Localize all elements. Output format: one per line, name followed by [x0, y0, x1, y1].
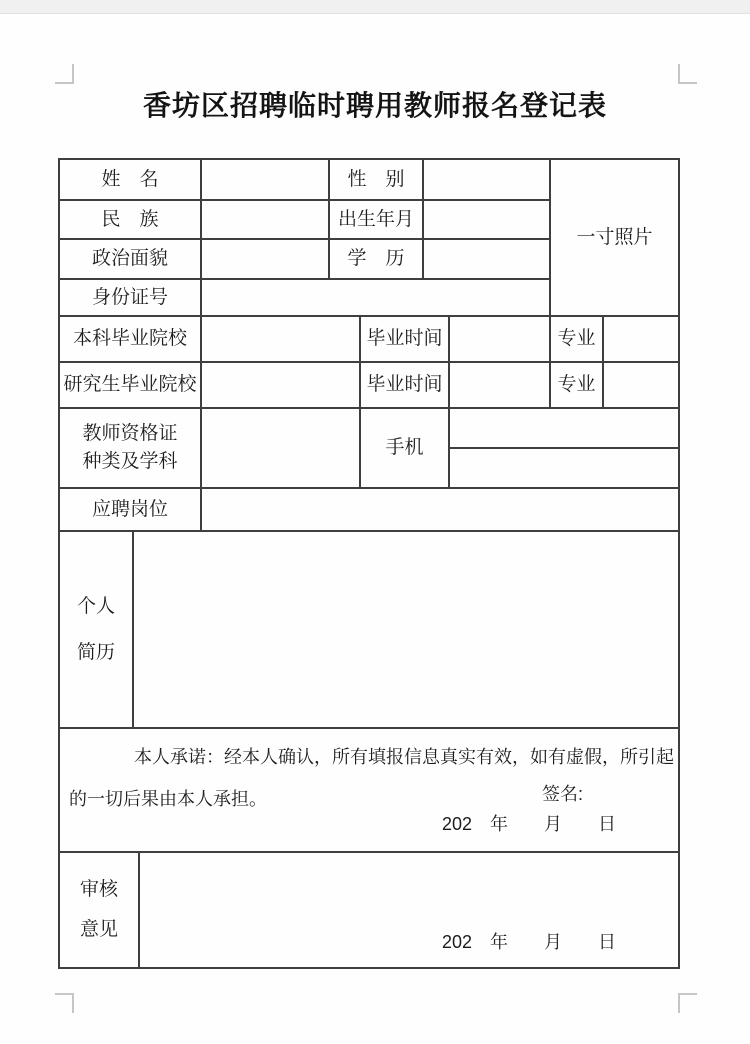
grad-graduation-time-label: 毕业时间	[360, 362, 449, 408]
crop-mark-bottom-right	[678, 993, 697, 1013]
review-opinion-label-line2: 意见	[80, 910, 118, 950]
undergrad-school-label: 本科毕业院校	[59, 316, 201, 362]
grad-school-label: 研究生毕业院校	[59, 362, 201, 408]
crop-mark-top-left	[55, 64, 74, 84]
phone-field-2[interactable]	[449, 448, 679, 488]
resume-field[interactable]	[133, 531, 679, 728]
ethnicity-label: 民 族	[59, 200, 201, 239]
ethnicity-field[interactable]	[201, 200, 329, 239]
name-label: 姓 名	[59, 159, 201, 200]
teacher-cert-field[interactable]	[201, 408, 360, 488]
review-opinion-field[interactable]: 202 年 月 日	[139, 852, 679, 968]
declaration-content: 本人承诺：经本人确认，所有填报信息真实有效，如有虚假，所引起 的一切后果由本人承…	[60, 729, 678, 851]
declaration-line2: 的一切后果由本人承担。	[69, 786, 267, 812]
resume-label-line1: 个人	[77, 584, 115, 630]
undergrad-graduation-time-field[interactable]	[449, 316, 550, 362]
resume-label: 个人 简历	[59, 531, 133, 728]
teacher-cert-label-line2: 种类及学科	[82, 448, 177, 476]
political-status-label: 政治面貌	[59, 239, 201, 279]
applied-position-field[interactable]	[201, 488, 679, 531]
undergrad-graduation-time-label: 毕业时间	[360, 316, 449, 362]
name-field[interactable]	[201, 159, 329, 200]
form-title: 香坊区招聘临时聘用教师报名登记表	[0, 84, 750, 124]
phone-field-1[interactable]	[449, 408, 679, 448]
grad-major-label: 专业	[550, 362, 603, 408]
declaration-cell: 本人承诺：经本人确认，所有填报信息真实有效，如有虚假，所引起 的一切后果由本人承…	[59, 728, 679, 852]
birth-date-label: 出生年月	[329, 200, 423, 239]
declaration-date-line[interactable]: 202 年 月 日	[442, 811, 616, 837]
undergrad-major-field[interactable]	[603, 316, 679, 362]
registration-form-table: 姓 名 性 别 一寸照片 民 族 出生年月 政治面貌 学 历 身份证号 本科毕业…	[58, 158, 680, 969]
education-level-label: 学 历	[329, 239, 423, 279]
page-top-edge	[0, 0, 750, 14]
id-number-field[interactable]	[201, 279, 550, 316]
declaration-line1: 本人承诺：经本人确认，所有填报信息真实有效，如有虚假，所引起	[134, 744, 674, 770]
review-opinion-content: 202 年 月 日	[140, 853, 678, 967]
review-opinion-label-line1: 审核	[80, 870, 118, 910]
grad-graduation-time-field[interactable]	[449, 362, 550, 408]
crop-mark-bottom-left	[55, 993, 74, 1013]
phone-label: 手机	[360, 408, 449, 488]
undergrad-major-label: 专业	[550, 316, 603, 362]
document-page: 香坊区招聘临时聘用教师报名登记表 姓 名 性 别 一寸照片 民 族 出生年月 政…	[0, 0, 750, 1044]
resume-label-line2: 简历	[77, 630, 115, 676]
crop-mark-top-right	[678, 64, 697, 84]
review-date-line[interactable]: 202 年 月 日	[442, 929, 616, 955]
review-opinion-label: 审核 意见	[59, 852, 139, 968]
teacher-cert-label: 教师资格证 种类及学科	[59, 408, 201, 488]
gender-field[interactable]	[423, 159, 550, 200]
applied-position-label: 应聘岗位	[59, 488, 201, 531]
photo-box[interactable]: 一寸照片	[550, 159, 679, 316]
id-number-label: 身份证号	[59, 279, 201, 316]
education-level-field[interactable]	[423, 239, 550, 279]
political-status-field[interactable]	[201, 239, 329, 279]
grad-major-field[interactable]	[603, 362, 679, 408]
birth-date-field[interactable]	[423, 200, 550, 239]
signature-label[interactable]: 签名:	[542, 781, 583, 807]
grad-school-field[interactable]	[201, 362, 360, 408]
undergrad-school-field[interactable]	[201, 316, 360, 362]
teacher-cert-label-line1: 教师资格证	[82, 420, 177, 448]
gender-label: 性 别	[329, 159, 423, 200]
